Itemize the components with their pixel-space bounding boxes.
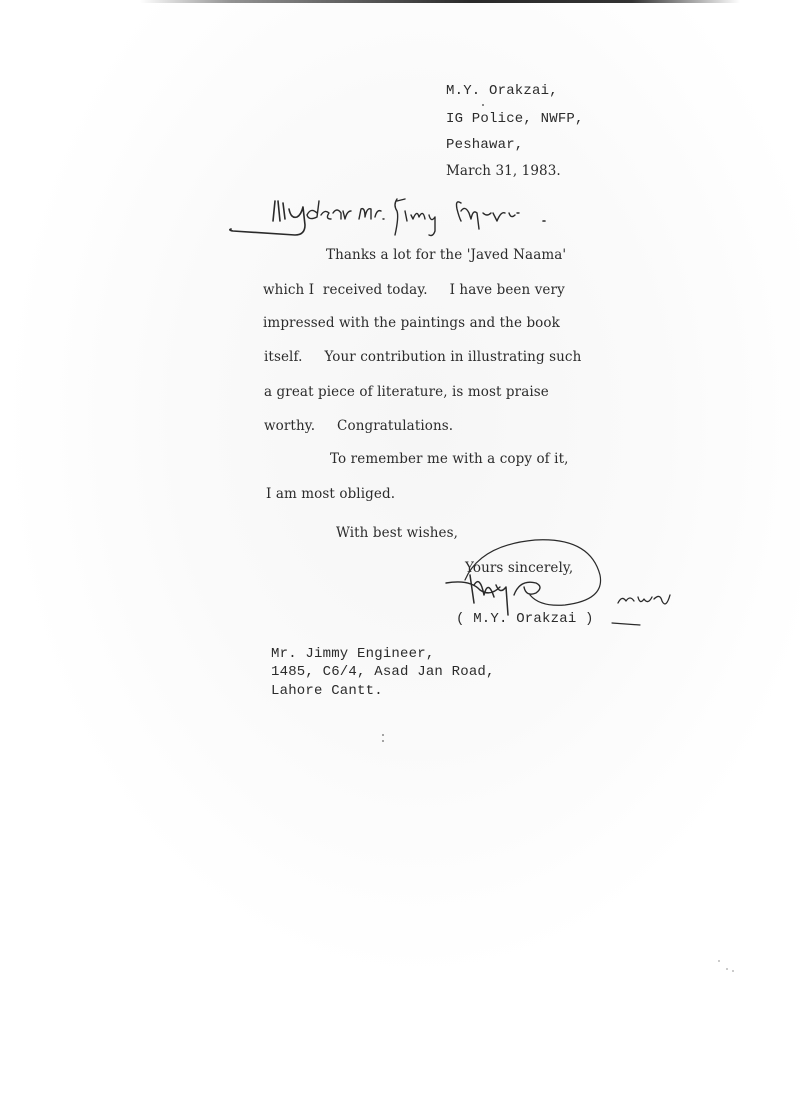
body-line-2: which I received today. I have been very [263, 282, 565, 298]
scan-speck [726, 968, 728, 970]
scan-edge-shadow [140, 0, 740, 3]
recipient-address: 1485, C6/4, Asad Jan Road, [271, 664, 495, 680]
body-line-3: impressed with the paintings and the boo… [263, 315, 560, 331]
letter-page: M.Y. Orakzai, IG Police, NWFP, Peshawar,… [0, 0, 800, 1101]
body-line-7: To remember me with a copy of it, [330, 451, 569, 467]
scan-speck [382, 740, 384, 742]
body-line-4: itself. Your contribution in illustratin… [264, 349, 581, 365]
handwritten-signature: M.Y. Orakzai [440, 535, 690, 635]
scan-speck [482, 104, 484, 106]
sender-city: Peshawar, [446, 137, 523, 153]
scan-speck [732, 970, 734, 972]
recipient-city: Lahore Cantt. [271, 683, 383, 699]
handwritten-salutation: My dear Mr. Jimmy Engineer [225, 195, 555, 245]
letter-date: March 31, 1983. [446, 163, 561, 179]
body-line-1: Thanks a lot for the 'Javed Naama' [326, 247, 566, 263]
sender-title: IG Police, NWFP, [446, 111, 584, 127]
recipient-name: Mr. Jimmy Engineer, [271, 646, 434, 662]
body-line-6: worthy. Congratulations. [264, 418, 453, 434]
scan-speck [382, 734, 384, 736]
scan-speck [718, 960, 720, 962]
body-line-8: I am most obliged. [266, 486, 395, 502]
body-line-5: a great piece of literature, is most pra… [264, 384, 549, 400]
sender-name: M.Y. Orakzai, [446, 83, 558, 99]
